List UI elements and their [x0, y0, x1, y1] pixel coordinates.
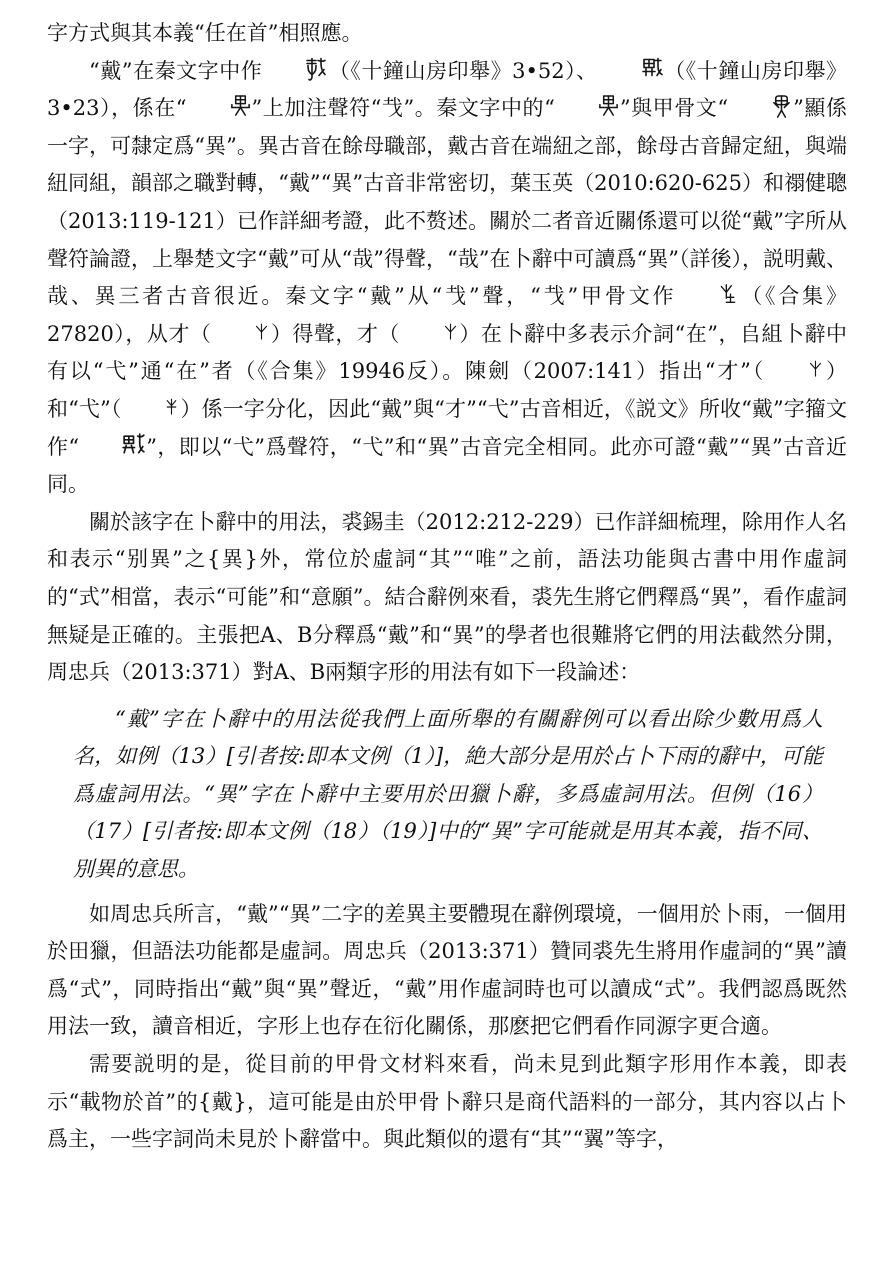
body-paragraph: 關於該字在卜辭中的用法，裘錫圭（2012:212-229）已作詳細梳理，除用作人… — [47, 504, 847, 692]
text-run: 需要説明的是，從目前的甲骨文材料來看，尚未見到此類字形用作本義，即表示“載物於首… — [47, 1052, 847, 1151]
qin-script-yi-glyph — [555, 93, 620, 120]
text-run: ”與甲骨文“ — [620, 96, 728, 120]
text-run: （《十鐘山房印舉》3•52）、 — [328, 59, 597, 83]
text-run: 如周忠兵所言，“戴”“異”二字的差異主要體現在辭例環境，一個用於卜雨，一個用於田… — [47, 902, 847, 1039]
seal-glyph-dai-2 — [598, 56, 664, 83]
body-paragraph: 如周忠兵所言，“戴”“異”二字的差異主要體現在辭例環境，一個用於卜雨，一個用於田… — [47, 896, 847, 1046]
oracle-cai-glyph — [765, 355, 824, 383]
body-paragraph: 字方式與其本義“任在首”相照應。 — [47, 15, 847, 53]
oracle-yige-glyph — [121, 393, 180, 421]
body-paragraph: 需要説明的是，從目前的甲骨文材料來看，尚未見到此類字形用作本義，即表示“載物於首… — [47, 1046, 847, 1159]
body-paragraph: “戴”在秦文字中作（《十鐘山房印舉》3•52）、（《十鐘山房印舉》3•23），係… — [47, 53, 847, 504]
oracle-cai-glyph — [400, 318, 459, 346]
qin-script-yi-glyph — [187, 93, 252, 120]
oracle-zai-glyph — [676, 280, 738, 308]
document-page: 字方式與其本義“任在首”相照應。“戴”在秦文字中作（《十鐘山房印舉》3•52）、… — [0, 0, 892, 1159]
text-run: ”，即以“弋”爲聲符，“弋”和“異”古音完全相同。此亦可證“戴”“異”古音近同。 — [47, 435, 847, 497]
zhouwen-dai-glyph — [79, 432, 146, 459]
text-run: 關於該字在卜辭中的用法，裘錫圭（2012:212-229）已作詳細梳理，除用作人… — [47, 510, 847, 684]
block-quote-paragraph: “戴”字在卜辭中的用法從我們上面所舉的有關辭例可以看出除少數用爲人名，如例（13… — [73, 701, 847, 889]
seal-glyph-dai-1 — [262, 56, 328, 83]
text-run: ”顯係一字，可隸定爲“異”。異古音在餘母職部，戴古音在端紐之部，餘母古音歸定紐，… — [47, 96, 847, 308]
text-run: “戴”在秦文字中作 — [89, 59, 262, 83]
text-run: “戴”字在卜辭中的用法從我們上面所舉的有關辭例可以看出除少數用爲人名，如例（13… — [73, 707, 823, 881]
text-run: ）得聲，才（ — [270, 322, 400, 346]
text-run: 字方式與其本義“任在首”相照應。 — [47, 21, 362, 45]
oracle-cai-glyph — [211, 318, 270, 346]
oracle-yi-glyph — [728, 93, 793, 120]
text-run: ”上加注聲符“𢦏”。秦文字中的“ — [252, 96, 555, 120]
